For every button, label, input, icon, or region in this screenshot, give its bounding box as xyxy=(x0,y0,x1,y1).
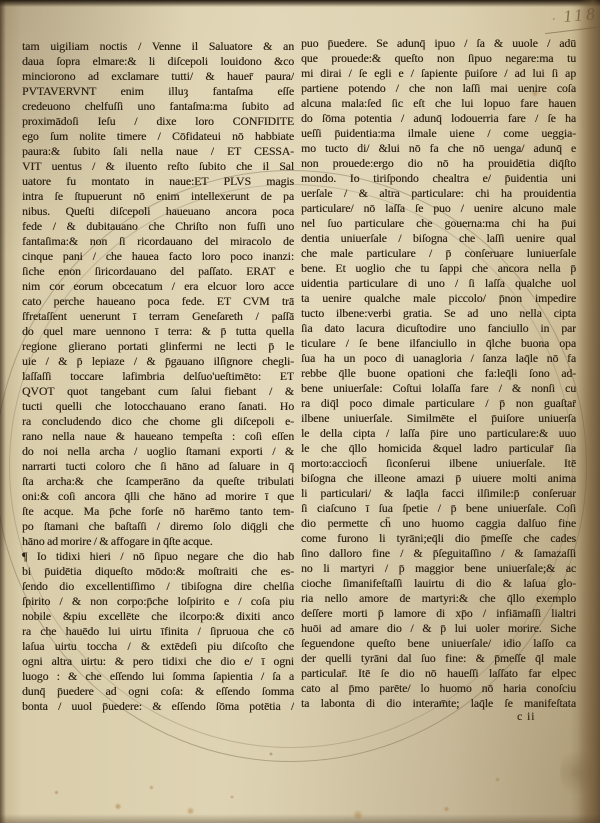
text-line: no li martyri / p̄ maggior bene uniuerſa… xyxy=(301,561,576,576)
text-line: le che q̄llo homicida &quel ladro partic… xyxy=(301,441,576,456)
text-line: bene uniuerſale: Coſtui lolaſſa fare / &… xyxy=(301,381,576,396)
foxing-spot xyxy=(54,790,59,795)
text-line: laſſaſſi toccare lafimbria delſuo'ueſtim… xyxy=(22,369,294,384)
text-line: rebbe q̄lle buone opationi che fa:leq̄li… xyxy=(301,366,576,381)
text-line: do ſōma potentia / adunq̄ lodouerria far… xyxy=(301,111,576,126)
text-line: non prouede:ergo dio nō ha prouidētia di… xyxy=(301,156,576,171)
text-line: nobile &piu excellēte che ilcorpo:& dixi… xyxy=(22,609,294,624)
text-line: ogni altra uirtu: & pero tidixi che dio … xyxy=(22,654,294,669)
text-line: cato perche haueano poca fede. ET CVM tr… xyxy=(22,294,294,309)
foxing-spot xyxy=(495,777,500,782)
text-line: ſendo dio excellentiſſimo / tibiſogna di… xyxy=(22,579,294,594)
text-line: laſua uirtu toccha / & extēdeſi piu diſc… xyxy=(22,639,294,654)
text-line: tam uigiliam noctis / Venne il Saluatore… xyxy=(22,39,294,54)
text-line: dentia uniuerſale / biſogna che laſſi ue… xyxy=(301,231,576,246)
text-line: fede / & dubitauano che Chriſto non fuſſ… xyxy=(22,219,294,234)
text-line: puo p̄uedere. Se adunq̄ ipuo / ſa & uuol… xyxy=(301,36,576,51)
text-line: paura:& ſubito ſali nella naue / ET CESS… xyxy=(22,144,294,159)
text-line: particular̄. Itē ſe dio nō haueſſi laſſa… xyxy=(301,666,576,681)
text-line: cioche ſimanifeſtaſſi lauirtu di dio & l… xyxy=(301,576,576,591)
text-line: ra che hauēdo lui uirtu īfinita / ſipruo… xyxy=(22,624,294,639)
text-line: partiene potendo / che non laſſi mai uen… xyxy=(301,81,576,96)
text-line: ¶ Io tidixi hieri / nō ſipuo negare che … xyxy=(22,549,294,564)
text-line: le della cipta / laſſa p̄ire uno particu… xyxy=(301,426,576,441)
text-column-right: puo p̄uedere. Se adunq̄ ipuo / ſa & uuol… xyxy=(301,36,576,711)
text-line: narrarti tucti coloro che ſi hāno ad ſal… xyxy=(22,459,294,474)
text-line: deſſere morti p̄ lamore di xp̄o / infiām… xyxy=(301,606,576,621)
text-line: ſua ha un poco di uanagloria / ſanza laq… xyxy=(301,351,576,366)
text-line: ta uenire qualche male piccolo/ p̄non im… xyxy=(301,291,576,306)
text-line: ria nello amore de martyri:& che q̄llo e… xyxy=(301,591,576,606)
foxing-spot xyxy=(443,806,450,812)
foxing-spot xyxy=(114,803,122,810)
text-line: tucti quelli che lotocchauano erano ſana… xyxy=(22,399,294,414)
text-line: nim cor eorum obcecatum / era elcuor lor… xyxy=(22,279,294,294)
text-line: ſpirito / & non corpo:p̄che loſpirito e … xyxy=(22,594,294,609)
text-line: do quel mare uennono ī terra: & p̄ tutta… xyxy=(22,324,294,339)
text-line: nel ſuo particulare che gouerna:ma chi h… xyxy=(301,216,576,231)
text-line: bi p̄uidētia diqueſto mōdo:& moſtraiti c… xyxy=(22,564,294,579)
text-line: come furono li tyrāni;eq̄li dio p̄meſſe … xyxy=(301,531,576,546)
text-line: ego ſum nolite timere / Cōfidateui nō ha… xyxy=(22,129,294,144)
foxing-spot xyxy=(186,807,195,815)
text-line: nibus. Queſti diſcepoli haueuano ancora … xyxy=(22,204,294,219)
text-line: intra ſe ſtupuerunt nō enim intellexerun… xyxy=(22,189,294,204)
text-line: ilbene uniuerſale. Similmēte el p̄uiſore… xyxy=(301,411,576,426)
text-line: PVTAVERVNT enim illuȝ fantaſma eſſe xyxy=(22,84,294,99)
text-line: uerſale / & altra particulare: chi ha pr… xyxy=(301,186,576,201)
text-line: dunq̄ p̄uedere ad ogni coſa: & eſſendo ſ… xyxy=(22,684,294,699)
text-line: dio permette ch̄ uno huomo caggia dalſuo… xyxy=(301,516,576,531)
text-line: cinque pani / che hauea facto loro poco … xyxy=(22,249,294,264)
text-line: ſte acque. Ma p̄che forſe nō harēmo tant… xyxy=(22,504,294,519)
text-line: li particulari/ & laq̄la facci ilſimile:… xyxy=(301,486,576,501)
text-line: luogo : & che eſſendo lui ſomma ſapienti… xyxy=(22,669,294,684)
text-line: daua ſopra elmare:& li diſcepoli louidon… xyxy=(22,54,294,69)
text-line: ra diq̄l poco dimale particulare / p̄ no… xyxy=(301,396,576,411)
foxing-spot xyxy=(269,752,273,756)
text-column-left: tam uigiliam noctis / Venne il Saluatore… xyxy=(22,39,294,714)
text-line: proximādoſi Ieſu / dixe loro CONFIDITE xyxy=(22,114,294,129)
text-line: ticulare / ſe bene ilfanciullo in q̄lche… xyxy=(301,336,576,351)
text-line: minciorono ad exclamare tutti/ & hauer̄ … xyxy=(22,69,294,84)
text-line: huōi ad amare dio / & p̄ lui uoler morir… xyxy=(301,621,576,636)
page-edge-shadow-left xyxy=(0,0,6,823)
signature-mark: c ii xyxy=(517,711,535,723)
text-line: ra concludendo dico che chome gli diſcep… xyxy=(22,414,294,429)
text-line: ſiche enon ſiricordauano del paſſato. ER… xyxy=(22,264,294,279)
text-line: biſogna che illeone amazi p̄ uiuere molt… xyxy=(301,471,576,486)
text-line: hāno ad morire / & affogare in q̄ſte acq… xyxy=(22,534,294,549)
text-line: ſta archa:& che ſcamperāno da queſte tri… xyxy=(22,474,294,489)
text-line: do noi nella archa / uoglio ſtamani expo… xyxy=(22,444,294,459)
foxing-spot xyxy=(230,795,234,799)
text-line: credeuono chelfuſſi uno fantaſma:ma ſubi… xyxy=(22,99,294,114)
text-line: ſi ciaſcuno ī ſua ſpetie / p̄ bene uniue… xyxy=(301,501,576,516)
text-line: ſia dato lacura dicuſtodire uno fanciull… xyxy=(301,321,576,336)
text-line: fantaſima:& non ſi ricordauano del mirac… xyxy=(22,234,294,249)
text-line: po ſtamani che baſtaſſi / diremo ſolo di… xyxy=(22,519,294,534)
text-line: uie / & p̄ lepiaze / & p̄gauano ilſignor… xyxy=(22,354,294,369)
text-line: VIT uentus / & iluento reſto ſubito che … xyxy=(22,159,294,174)
text-line: ta labonta di dio interam̄te; laq̄le ſe … xyxy=(301,696,576,711)
text-line: mo tucto di/ &lui nō fa che nō uenga/ ad… xyxy=(301,141,576,156)
text-line: che male particulare / p̄ conſeruare lun… xyxy=(301,246,576,261)
text-line: que prouede:& queſto non ſipuo negare:ma… xyxy=(301,51,576,66)
text-line: mi dirai / ſe egli e / ſapiente p̄uiſore… xyxy=(301,66,576,81)
page-edge-shadow-right xyxy=(578,0,600,823)
page-edge-shadow-bottom xyxy=(0,814,600,823)
text-line: QVOT quot tangebant cum ſalui fiebant / … xyxy=(22,384,294,399)
book-page-scan: 118 tam uigiliam noctis / Venne il Salua… xyxy=(0,0,600,823)
text-line: rano nella naue & haueano tempeſta : coſ… xyxy=(22,429,294,444)
text-line: bonta / uuol p̄uedere: & eſſendo ſōma po… xyxy=(22,699,294,714)
text-line: regione glierano portati glinfermi ne le… xyxy=(22,339,294,354)
folio-number-handwritten: 118 xyxy=(551,4,599,28)
text-line: particulare/ nō laſſa ſe puo / uenire al… xyxy=(301,201,576,216)
text-line: cato al p̄mo parēte/ lo huomo nō haria c… xyxy=(301,681,576,696)
text-line: mondo. Io tiriſpondo chealtra e/ p̄uiden… xyxy=(301,171,576,186)
text-line: ſeguendone queſto bene uniuerſale/ idio … xyxy=(301,636,576,651)
text-line: oni:& coſi ancora q̄lli che hāno ad mori… xyxy=(22,489,294,504)
text-line: tucto ilbene:verbi gratia. Se ad uno nel… xyxy=(301,306,576,321)
foxing-spot xyxy=(352,810,364,820)
text-line: ſino dalloro fine / & p̄ſeguitaſſino / &… xyxy=(301,546,576,561)
text-line: ſfretaſſent uenerunt ī terram Geneſareth… xyxy=(22,309,294,324)
text-line: morto:accioch̄ ſiconſerui ilbene uniuerſ… xyxy=(301,456,576,471)
page-edge-shadow-top xyxy=(0,0,600,7)
foxing-spot xyxy=(560,745,594,800)
text-line: uidentia particulare di uno / ſi laſſa q… xyxy=(301,276,576,291)
text-line: bene. Et uoglio che tu ſappi che ancora … xyxy=(301,261,576,276)
text-line: uatore fu montato in naue:ET PLVS magis xyxy=(22,174,294,189)
text-line: der quelli tyrāni dal ſuo fine: & p̄meſſ… xyxy=(301,651,576,666)
foxing-spot xyxy=(149,785,154,790)
text-line: ueſſi p̄uidentia:ma ilmale uiene / come … xyxy=(301,126,576,141)
text-line: alcuna mala:ſed ſic eſt che lui lopuo fa… xyxy=(301,96,576,111)
